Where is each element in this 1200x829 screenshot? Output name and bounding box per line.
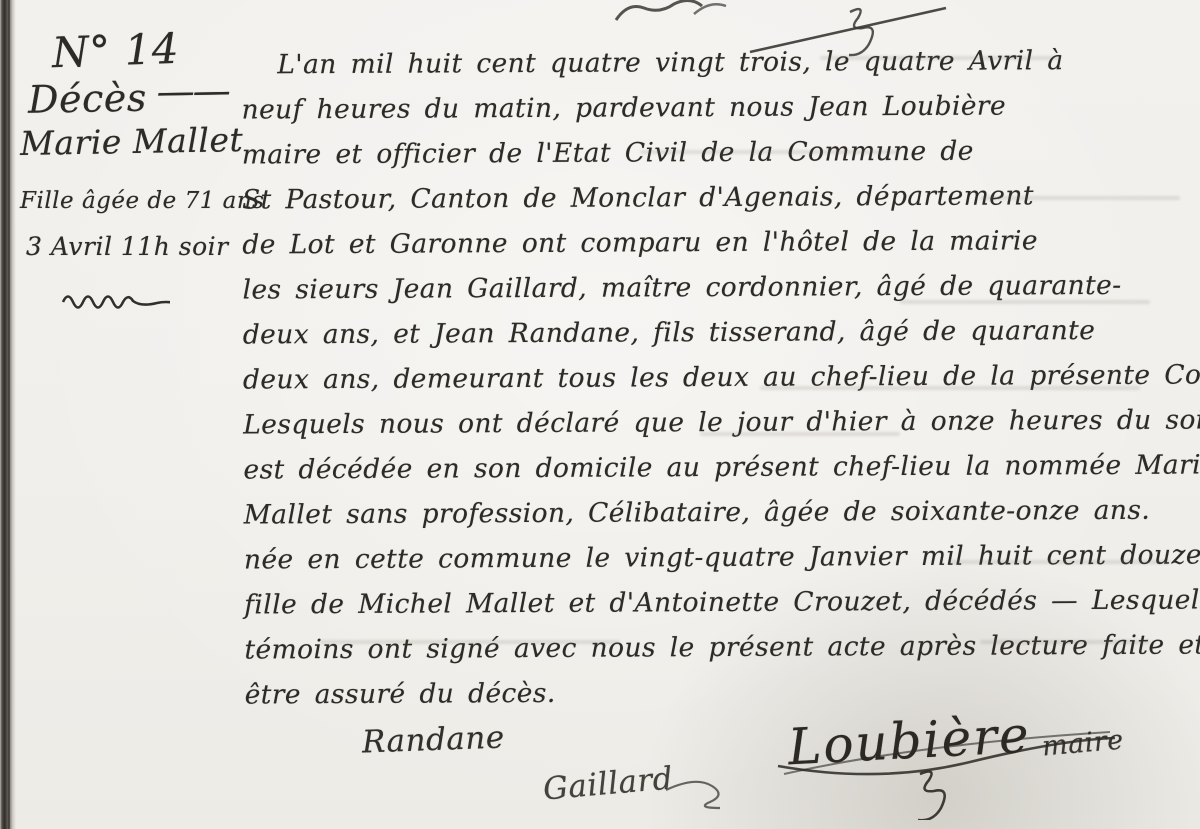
act-body-text: L'an mil huit cent quatre vingt trois, l… xyxy=(241,38,1195,718)
act-line: deux ans, demeurant tous les deux au che… xyxy=(243,353,1193,403)
ink-smudge xyxy=(820,56,1060,60)
ink-smudge xyxy=(700,432,900,436)
ink-smudge xyxy=(640,150,900,154)
ink-smudge xyxy=(950,560,1170,564)
binding-crease-line xyxy=(8,0,10,829)
act-line: témoins ont signé avec nous le présent a… xyxy=(244,623,1194,673)
act-line: être assuré du décès. xyxy=(245,668,1195,718)
signature-gaillard: Gaillard xyxy=(542,760,675,807)
ink-smudge xyxy=(980,640,1150,644)
ink-smudge xyxy=(900,300,1150,304)
act-line: neuf heures du matin, pardevant nous Jea… xyxy=(241,83,1191,133)
ink-smudge xyxy=(980,196,1180,200)
act-line: Lesquels nous ont déclaré que le jour d'… xyxy=(243,398,1193,448)
ink-smudge xyxy=(320,640,620,644)
age-note: Fille âgée de 71 ans xyxy=(20,188,264,214)
act-line: les sieurs Jean Gaillard, maître cordonn… xyxy=(242,263,1192,313)
act-line: deux ans, et Jean Randane, fils tisseran… xyxy=(243,308,1193,358)
flourish-dash: —— xyxy=(146,68,229,113)
act-line: née en cette commune le vingt-quatre Jan… xyxy=(244,533,1194,583)
datetime-note: 3 Avril 11h soir xyxy=(26,232,229,261)
deceased-name: Marie Mallet xyxy=(20,120,244,163)
ink-smudge xyxy=(760,386,1140,390)
margin-flourish-squiggle xyxy=(60,286,170,312)
signature-title-maire: maire xyxy=(1041,724,1125,762)
act-line: Mallet sans profession, Célibataire, âgé… xyxy=(244,488,1194,538)
death-record-scan: N° 14 Décès —— Marie Mallet Fille âgée d… xyxy=(0,0,1200,829)
act-line: L'an mil huit cent quatre vingt trois, l… xyxy=(241,38,1191,88)
signature-loubiere: Loubière xyxy=(787,706,1032,777)
act-line: de Lot et Garonne ont comparu en l'hôtel… xyxy=(242,218,1192,268)
act-line: est décédée en son domicile au présent c… xyxy=(243,443,1193,493)
act-line: fille de Michel Mallet et d'Antoinette C… xyxy=(244,578,1194,628)
signature-randane: Randane xyxy=(361,720,505,761)
act-type-label: Décès —— xyxy=(28,74,230,121)
gaillard-signature-flourish xyxy=(660,770,750,825)
